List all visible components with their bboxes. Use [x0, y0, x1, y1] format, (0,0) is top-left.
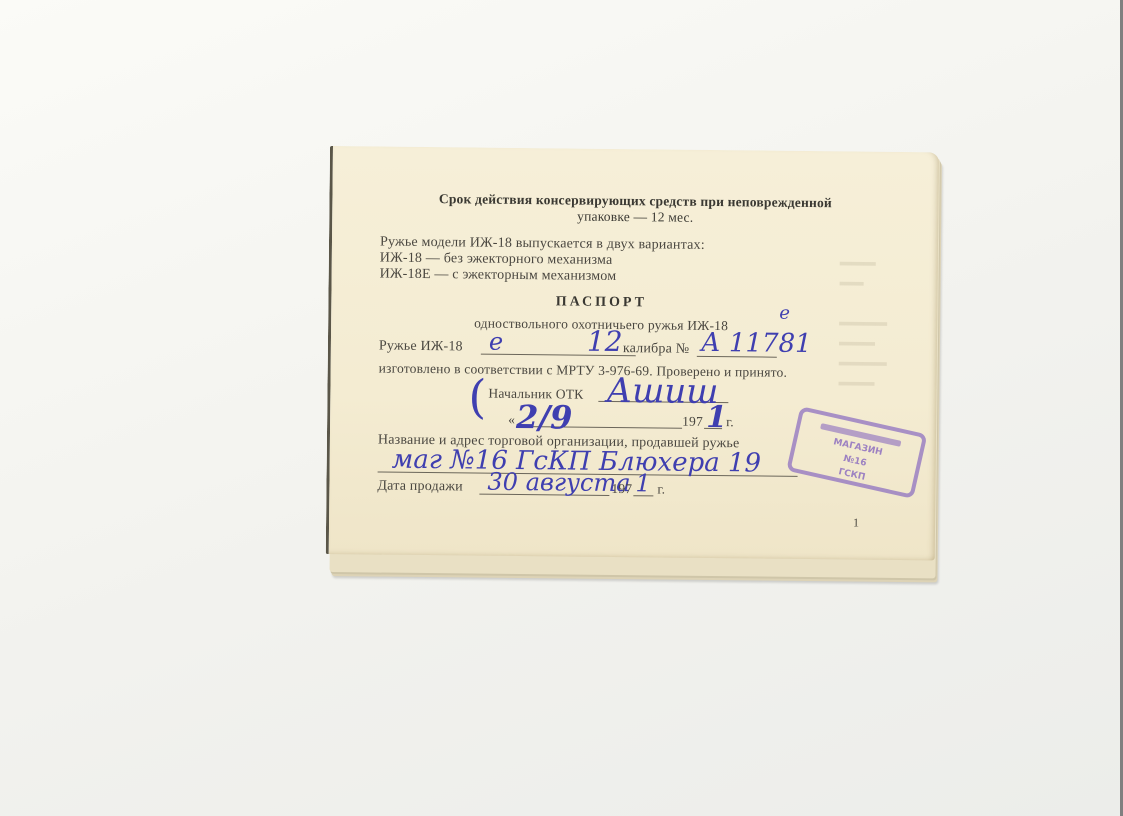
- acceptance-year-line: [704, 428, 722, 429]
- passport-page: ▬▬▬▬▬▬▬▬▬▬▬▬▬▬▬▬▬▬▬ Срок действия консер…: [326, 146, 939, 560]
- acceptance-year-prefix: 197: [682, 414, 703, 430]
- acceptance-year-handwritten: 1: [706, 400, 727, 435]
- passport-booklet: ▬▬▬▬▬▬▬▬▬▬▬▬▬▬▬▬▬▬▬ Срок действия консер…: [326, 146, 938, 576]
- caliber-label: калибра №: [623, 341, 690, 358]
- acceptance-day-handwritten: 2/9: [516, 398, 573, 437]
- sale-year-handwritten: 1: [635, 469, 651, 497]
- subtitle-handwritten-e: е: [779, 303, 790, 324]
- sale-year-prefix: 197: [611, 481, 632, 497]
- acceptance-year-suffix: г.: [726, 414, 734, 430]
- sale-year-suffix: г.: [657, 481, 665, 497]
- sale-date-handwritten: 30 августа: [487, 468, 630, 497]
- gun-line-label: Ружье ИЖ-18: [379, 339, 463, 356]
- model-suffix-handwritten: е: [489, 328, 503, 356]
- compliance-text: изготовлено в соответствии с МРТУ 3-976-…: [379, 361, 788, 381]
- variant-item-2: ИЖ-18Е — с эжекторным механизмом: [380, 267, 617, 285]
- sale-year-line: [633, 495, 653, 496]
- serial-handwritten: А 11781: [701, 328, 812, 359]
- caliber-handwritten: 12: [587, 325, 623, 358]
- sale-date-label: Дата продажи: [377, 479, 463, 496]
- bracket-mark: (: [468, 369, 487, 423]
- page-number: 1: [853, 515, 859, 530]
- otk-signature: Ашиш: [606, 371, 718, 412]
- passport-title: ПАСПОРТ: [331, 292, 871, 314]
- acceptance-quote: «: [508, 412, 515, 428]
- shop-stamp: МАГАЗИН №16 ГСКП: [786, 406, 927, 499]
